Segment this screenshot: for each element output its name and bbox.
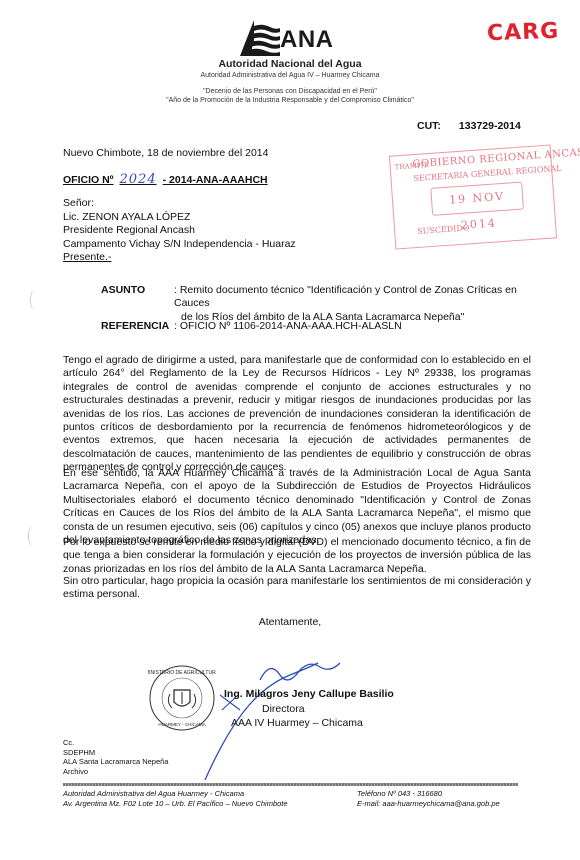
asunto-label: ASUNTO — [101, 284, 145, 297]
asunto-value: : Remito documento técnico "Identificaci… — [174, 284, 534, 324]
closing: Atentamente, — [0, 616, 580, 629]
letter-date: Nuevo Chimbote, 18 de noviembre del 2014 — [63, 147, 268, 160]
org-name: Autoridad Nacional del Agua — [0, 58, 580, 70]
footer-street: Av. Argentina Mz. F02 Lote 10 – Urb. El … — [63, 799, 288, 809]
ana-waves-icon — [240, 20, 280, 56]
punch-hole-mark — [28, 525, 37, 547]
footer-phone: Teléfono Nº 043 - 316680 — [357, 789, 500, 799]
received-stamp: CARG — [487, 19, 560, 47]
org-subtitle: Autoridad Administrativa del Agua IV – H… — [0, 72, 580, 79]
svg-text:HUARMEY - CHICAMA: HUARMEY - CHICAMA — [158, 722, 205, 727]
cc-item: ALA Santa Lacramarca Nepeña — [63, 757, 168, 767]
cut-number: CUT:133729-2014 — [417, 120, 539, 132]
referencia-label: REFERENCIA — [101, 320, 169, 333]
cc-item: Archivo — [63, 767, 168, 777]
asunto-line1: : Remito documento técnico "Identificaci… — [174, 284, 534, 311]
body-paragraph-1: Tengo el agrado de dirigirme a usted, pa… — [63, 354, 531, 475]
recipient-name: Lic. ZENON AYALA LÓPEZ — [63, 211, 296, 225]
oficio-handwritten-number: 2024 — [120, 172, 157, 187]
cut-label: CUT: — [417, 120, 441, 132]
signatory-role: Directora — [262, 703, 305, 716]
body-paragraph-3: Por lo expuesto se remite en medio físic… — [63, 536, 531, 576]
cc-label: Cc. — [63, 738, 168, 748]
recipient-address: Campamento Vichay S/N Independencia - Hu… — [63, 238, 296, 252]
logo-text: ANA — [280, 26, 334, 54]
footer-address: Autoridad Administrativa del Agua Huarme… — [63, 789, 288, 808]
footer-email: E-mail: aaa-huarmeychicama@ana.gob.pe — [357, 799, 500, 809]
signatory-name: Ing. Milagros Jeny Callupe Basilio — [224, 688, 394, 701]
salutation: Señor: — [63, 197, 296, 211]
recipient-title: Presidente Regional Ancash — [63, 224, 296, 238]
ana-logo: ANA — [240, 20, 350, 56]
oficio-suffix: - 2014-ANA-AAAHCH — [163, 174, 268, 186]
body-paragraph-4: Sin otro particular, hago propicia la oc… — [63, 575, 531, 602]
referencia-value: : OFICIO Nº 1106-2014-ANA-AAA.HCH-ALASLN — [174, 320, 402, 333]
cut-value: 133729-2014 — [459, 120, 521, 132]
signatory-org: AAA IV Huarmey – Chicama — [231, 717, 363, 730]
footer-org: Autoridad Administrativa del Agua Huarme… — [63, 789, 288, 799]
footer-divider — [63, 783, 518, 786]
reception-stamp: TRAMITE GOBIERNO REGIONAL ANCASH SECRETA… — [389, 144, 557, 249]
punch-hole-mark — [30, 290, 39, 310]
cc-list: Cc. SDEPHM ALA Santa Lacramarca Nepeña A… — [63, 738, 168, 776]
stamp-side-text: TRAMITE — [394, 162, 405, 174]
cc-item: SDEPHM — [63, 748, 168, 758]
stamp-date: 19 NOV 2014 — [430, 182, 524, 216]
presente: Presente.- — [63, 251, 111, 263]
oficio-prefix: OFICIO Nº — [63, 174, 114, 186]
recipient-block: Señor: Lic. ZENON AYALA LÓPEZ Presidente… — [63, 197, 296, 265]
motto-year: "Año de la Promoción de la Industria Res… — [0, 97, 580, 104]
motto-decade: "Decenio de las Personas con Discapacida… — [0, 88, 580, 95]
oficio-number: OFICIO Nº2024- 2014-ANA-AAAHCH — [63, 173, 268, 187]
footer-contact: Teléfono Nº 043 - 316680 E-mail: aaa-hua… — [357, 789, 500, 808]
